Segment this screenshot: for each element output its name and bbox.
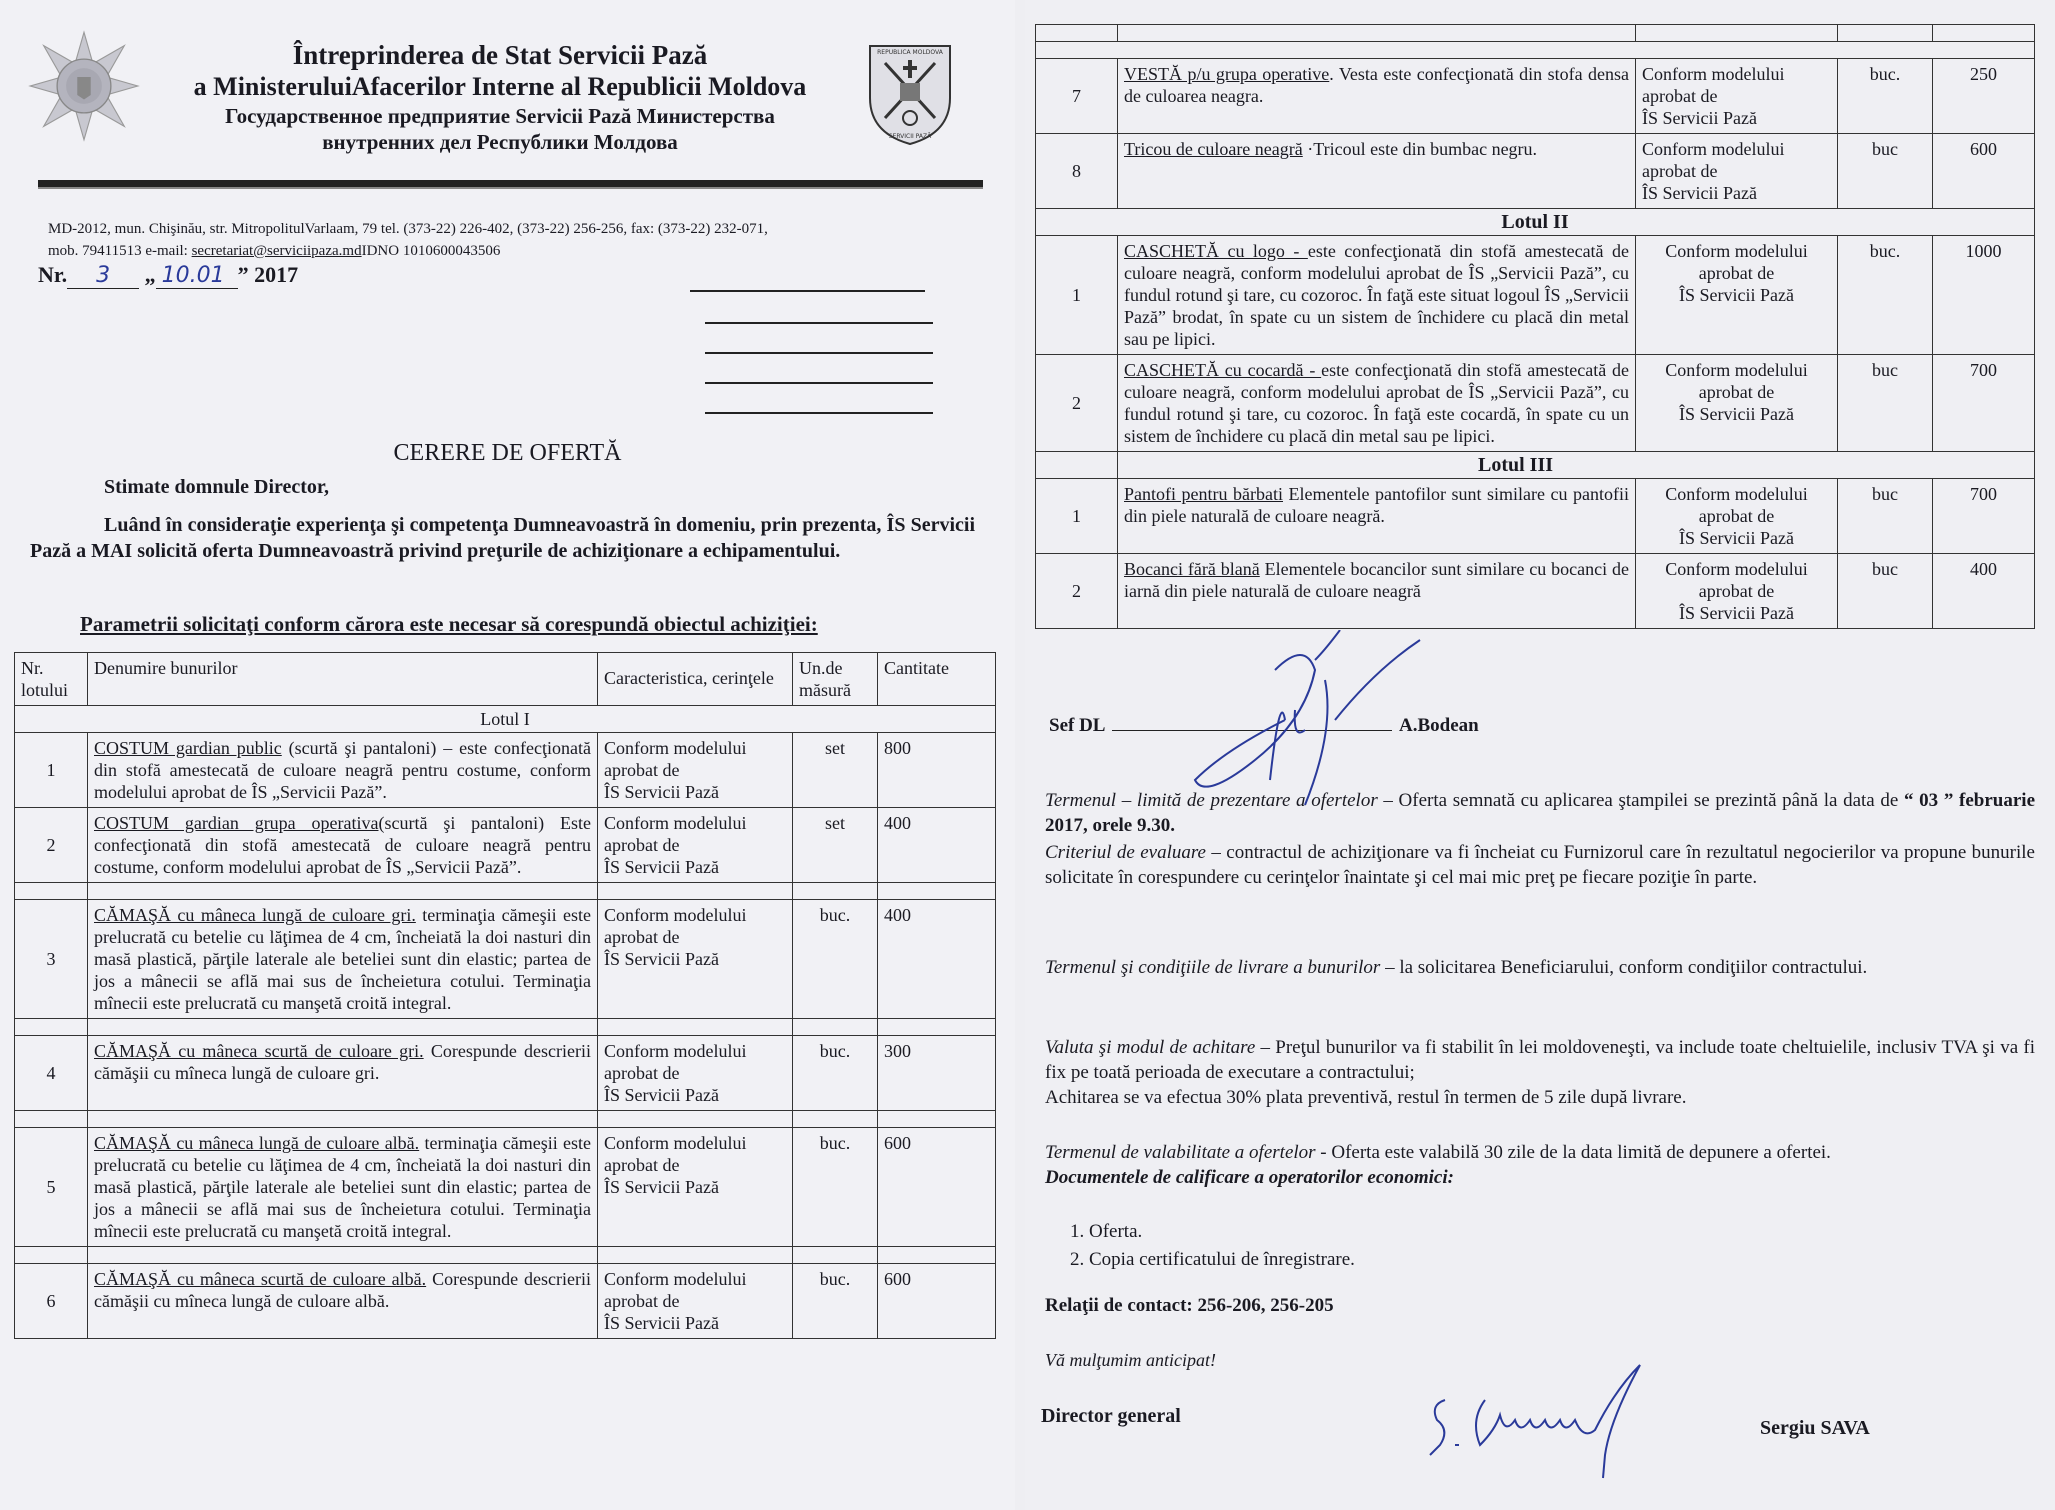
req-line: Conform modelului (1642, 138, 1831, 160)
validity-paragraph: Termenul de valabilitate a ofertelor - O… (1045, 1140, 2035, 1190)
recipient-line (705, 322, 933, 324)
item-title: CASCHETĂ cu cocardă - (1124, 360, 1321, 380)
item-description: CĂMAŞĂ cu mâneca lungă de culoare gri. t… (88, 900, 598, 1019)
dl-signoff: Sef DL A.Bodean (1049, 715, 1479, 737)
dl-role: Sef DL (1049, 715, 1105, 736)
req-line: ÎS Servicii Pază (604, 1084, 786, 1106)
item-title: CĂMAŞĂ cu mâneca scurtă de culoare gri. (94, 1041, 424, 1061)
payment-paragraph: Valuta şi modul de achitare – Preţul bun… (1045, 1035, 2035, 1110)
req-line: ÎS Servicii Pază (604, 781, 786, 803)
req-line: aprobat de (1642, 262, 1831, 284)
item-unit: buc. (793, 1264, 878, 1339)
item-description: Bocanci fără blană Elementele bocancilor… (1118, 554, 1636, 629)
params-heading: Parametrii solicitaţi conform cărora est… (80, 612, 818, 637)
req-line: aprobat de (604, 759, 786, 781)
dl-signature-line (1112, 730, 1392, 731)
open-quote: „ (145, 262, 156, 287)
table-row: 1CASCHETĂ cu logo - este confecţionată d… (1036, 236, 2035, 355)
documents-list: Oferta. Copia certificatului de înregist… (1065, 1218, 1355, 1274)
table-row: 1COSTUM gardian public (scurtă şi pantal… (15, 733, 996, 808)
director-name: Sergiu SAVA (1760, 1417, 1870, 1440)
item-unit: buc. (1838, 59, 1933, 134)
criteria-paragraph: Criteriul de evaluare – contractul de ac… (1045, 840, 2035, 890)
req-line: ÎS Servicii Pază (1642, 403, 1831, 425)
item-description: COSTUM gardian grupa operativa(scurtă şi… (88, 808, 598, 883)
item-quantity: 300 (878, 1036, 996, 1111)
item-requirements: Conform modeluluiaprobat deÎS Servicii P… (1636, 236, 1838, 355)
req-line: aprobat de (1642, 85, 1831, 107)
table-row: 1Pantofi pentru bărbati Elementele panto… (1036, 479, 2035, 554)
spacer-row (15, 1019, 996, 1036)
close-quote: ” (238, 262, 249, 287)
table-row: 2Bocanci fără blană Elementele bocancilo… (1036, 554, 2035, 629)
item-requirements: Conform modeluluiaprobat deÎS Servicii P… (598, 1264, 793, 1339)
item-title: Tricou de culoare neagră (1124, 139, 1303, 159)
item-number: 2 (15, 808, 88, 883)
item-number: 6 (15, 1264, 88, 1339)
email-link[interactable]: secretariat@serviciipaza.md (192, 243, 362, 259)
item-text: ·Tricoul este din bumbac negru. (1303, 139, 1537, 159)
header-name: Denumire bunurilor (88, 653, 598, 706)
contact-info: Relaţii de contact: 256-206, 256-205 (1045, 1295, 1334, 1317)
req-line: Conform modelului (1642, 63, 1831, 85)
item-unit: buc (1838, 554, 1933, 629)
item-title: CĂMAŞĂ cu mâneca lungă de culoare gri. (94, 905, 416, 925)
req-line: Conform modelului (1642, 558, 1831, 580)
table-row: 5CĂMAŞĂ cu mâneca lungă de culoare albă.… (15, 1128, 996, 1247)
header-nr: Nr. lotului (15, 653, 88, 706)
lot-2-row: Lotul II (1036, 209, 2035, 236)
item-title: CĂMAŞĂ cu mâneca scurtă de culoare albă. (94, 1269, 426, 1289)
item-quantity: 600 (878, 1264, 996, 1339)
table-row: 4CĂMAŞĂ cu mâneca scurtă de culoare gri.… (15, 1036, 996, 1111)
reference-number: Nr.3 „10.01” 2017 (38, 262, 298, 289)
header-unit: Un.de măsură (793, 653, 878, 706)
req-line: ÎS Servicii Pază (1642, 602, 1831, 624)
signature-sava-icon (1425, 1360, 1695, 1480)
item-description: Pantofi pentru bărbati Elementele pantof… (1118, 479, 1636, 554)
table-row: 3CĂMAŞĂ cu mâneca lungă de culoare gri. … (15, 900, 996, 1019)
item-description: CĂMAŞĂ cu mâneca scurtă de culoare albă.… (88, 1264, 598, 1339)
letterhead-line-1: Întreprinderea de Stat Servicii Pază (150, 40, 850, 71)
payment-label: Valuta şi modul de achitare (1045, 1037, 1255, 1058)
item-title: Bocanci fără blană (1124, 559, 1260, 579)
delivery-paragraph: Termenul şi condiţiile de livrare a bunu… (1045, 955, 2035, 980)
spacer-row (15, 883, 996, 900)
item-unit: buc (1838, 479, 1933, 554)
req-line: Conform modelului (604, 737, 786, 759)
director-role: Director general (1041, 1405, 1181, 1428)
item-description: CASCHETĂ cu logo - este confecţionată di… (1118, 236, 1636, 355)
item-quantity: 700 (1933, 355, 2035, 452)
idno: IDNO 1010600043506 (362, 243, 501, 259)
docs-label: Documentele de calificare a operatorilor… (1045, 1167, 1454, 1188)
item-number: 5 (15, 1128, 88, 1247)
item-number: 2 (1036, 554, 1118, 629)
handwritten-date: 10.01 (156, 263, 238, 289)
spacer-row (15, 1247, 996, 1264)
item-quantity: 700 (1933, 479, 2035, 554)
continued-header-row (1036, 25, 2035, 42)
greeting: Stimate domnule Director, (104, 476, 329, 499)
deadline-label: Termenul – limită de prezentare a oferte… (1045, 790, 1378, 811)
req-line: aprobat de (604, 834, 786, 856)
validity-label: Termenul de valabilitate a ofertelor (1045, 1142, 1316, 1163)
mobile-number: mob. 79411513 e-mail: (48, 243, 192, 259)
spacer-row (15, 1111, 996, 1128)
header-divider (38, 180, 983, 189)
table-row: 8Tricou de culoare neagră ·Tricoul este … (1036, 134, 2035, 209)
req-line: ÎS Servicii Pază (1642, 284, 1831, 306)
criteria-label: Criteriul de evaluare (1045, 842, 1206, 863)
req-line: Conform modelului (1642, 483, 1831, 505)
document-title: CERERE DE OFERTĂ (0, 440, 1015, 467)
item-requirements: Conform modeluluiaprobat deÎS Servicii P… (1636, 554, 1838, 629)
item-unit: set (793, 733, 878, 808)
address-block: MD-2012, mun. Chişinău, str. Mitropolitu… (48, 218, 978, 262)
req-line: Conform modelului (604, 812, 786, 834)
recipient-line (690, 290, 925, 292)
documents-list-item: Oferta. (1089, 1218, 1355, 1246)
item-unit: set (793, 808, 878, 883)
table-row: 2CASCHETĂ cu cocardă - este confecţionat… (1036, 355, 2035, 452)
item-requirements: Conform modeluluiaprobat deÎS Servicii P… (598, 808, 793, 883)
letterhead-line-3: Государственное предприятие Servicii Paz… (150, 104, 850, 129)
req-line: Conform modelului (604, 1268, 786, 1290)
item-number: 1 (15, 733, 88, 808)
svg-text:REPUBLICA MOLDOVA: REPUBLICA MOLDOVA (877, 49, 944, 56)
letterhead-line-4: внутренних дел Республики Молдова (150, 130, 850, 155)
lot-3-row: Lotul III (1036, 452, 2035, 479)
table-row: 7VESTĂ p/u grupa operative. Vesta este c… (1036, 59, 2035, 134)
table-row: 2COSTUM gardian grupa operativa(scurtă ş… (15, 808, 996, 883)
item-unit: buc (1838, 134, 1933, 209)
req-line: aprobat de (604, 1290, 786, 1312)
item-title: COSTUM gardian grupa operativa (94, 813, 379, 833)
req-line: Conform modelului (1642, 359, 1831, 381)
item-requirements: Conform modeluluiaprobat deÎS Servicii P… (1636, 479, 1838, 554)
req-line: Conform modelului (604, 1040, 786, 1062)
req-line: aprobat de (1642, 580, 1831, 602)
item-requirements: Conform modeluluiaprobat deÎS Servicii P… (598, 1036, 793, 1111)
item-quantity: 400 (1933, 554, 2035, 629)
address-line: MD-2012, mun. Chişinău, str. Mitropolitu… (48, 218, 978, 240)
item-unit: buc. (793, 1036, 878, 1111)
item-number: 1 (1036, 479, 1118, 554)
req-line: aprobat de (1642, 505, 1831, 527)
req-line: ÎS Servicii Pază (1642, 182, 1831, 204)
deadline-paragraph: Termenul – limită de prezentare a oferte… (1045, 788, 2035, 838)
req-line: aprobat de (604, 1062, 786, 1084)
item-unit: buc. (1838, 236, 1933, 355)
delivery-text: – la solicitarea Beneficiarului, conform… (1380, 957, 1867, 978)
item-number: 1 (1036, 236, 1118, 355)
lot-1-label: Lotul I (15, 706, 996, 733)
req-line: ÎS Servicii Pază (604, 1312, 786, 1334)
table-row: 6CĂMAŞĂ cu mâneca scurtă de culoare albă… (15, 1264, 996, 1339)
item-requirements: Conform modeluluiaprobat deÎS Servicii P… (598, 1128, 793, 1247)
documents-list-item: Copia certificatului de înregistrare. (1089, 1246, 1355, 1274)
item-quantity: 600 (878, 1128, 996, 1247)
items-table-left: Nr. lotului Denumire bunurilor Caracteri… (14, 652, 996, 1339)
year: 2017 (254, 262, 298, 287)
req-line: aprobat de (604, 926, 786, 948)
item-number: 2 (1036, 355, 1118, 452)
payment-text-2: Achitarea se va efectua 30% plata preven… (1045, 1087, 1686, 1108)
header-qty: Cantitate (878, 653, 996, 706)
item-description: COSTUM gardian public (scurtă şi pantalo… (88, 733, 598, 808)
item-title: CASCHETĂ cu logo - (1124, 241, 1308, 261)
item-number: 8 (1036, 134, 1118, 209)
req-line: ÎS Servicii Pază (1642, 107, 1831, 129)
req-line: Conform modelului (1642, 240, 1831, 262)
item-requirements: Conform modeluluiaprobat deÎS Servicii P… (598, 733, 793, 808)
item-unit: buc. (793, 900, 878, 1019)
validity-text: - Oferta este valabilă 30 zile de la dat… (1316, 1142, 1831, 1163)
nr-label: Nr. (38, 262, 67, 287)
item-description: CASCHETĂ cu cocardă - este confecţionată… (1118, 355, 1636, 452)
item-title: VESTĂ p/u grupa operative (1124, 64, 1329, 84)
req-line: ÎS Servicii Pază (604, 1176, 786, 1198)
deadline-text: – Oferta semnată cu aplicarea ştampilei … (1378, 790, 1904, 811)
coat-of-arms-shield-icon: REPUBLICA MOLDOVA SERVICII PAZĂ (865, 38, 955, 148)
req-line: aprobat de (1642, 160, 1831, 182)
contact-line: mob. 79411513 e-mail: secretariat@servic… (48, 240, 978, 262)
thanks-note: Vă mulţumim anticipat! (1045, 1350, 1216, 1371)
item-requirements: Conform modeluluiaprobat deÎS Servicii P… (1636, 59, 1838, 134)
dl-name: A.Bodean (1399, 715, 1479, 736)
letterhead: Întreprinderea de Stat Servicii Pază a M… (0, 0, 1015, 200)
req-line: ÎS Servicii Pază (604, 948, 786, 970)
item-number: 3 (15, 900, 88, 1019)
star-emblem-icon (28, 30, 140, 142)
lot-2-label: Lotul II (1036, 209, 2035, 236)
item-title: Pantofi pentru bărbati (1124, 484, 1283, 504)
right-page: 7VESTĂ p/u grupa operative. Vesta este c… (1025, 0, 2055, 1510)
item-requirements: Conform modeluluiaprobat deÎS Servicii P… (598, 900, 793, 1019)
item-quantity: 600 (1933, 134, 2035, 209)
item-title: CĂMAŞĂ cu mâneca lungă de culoare albă. (94, 1133, 419, 1153)
item-number: 4 (15, 1036, 88, 1111)
item-description: CĂMAŞĂ cu mâneca scurtă de culoare gri. … (88, 1036, 598, 1111)
lot-3-label: Lotul III (1118, 452, 2035, 479)
intro-paragraph: Luând în consideraţie experienţa şi comp… (30, 512, 975, 564)
recipient-line (705, 412, 933, 414)
req-line: aprobat de (1642, 381, 1831, 403)
item-title: COSTUM gardian public (94, 738, 282, 758)
item-quantity: 250 (1933, 59, 2035, 134)
recipient-line (705, 382, 933, 384)
table-header-row: Nr. lotului Denumire bunurilor Caracteri… (15, 653, 996, 706)
continued-spacer-row (1036, 42, 2035, 59)
item-quantity: 400 (878, 808, 996, 883)
req-line: Conform modelului (604, 1132, 786, 1154)
header-char: Caracteristica, cerinţele (598, 653, 793, 706)
req-line: aprobat de (604, 1154, 786, 1176)
item-description: Tricou de culoare neagră ·Tricoul este d… (1118, 134, 1636, 209)
recipient-line (705, 352, 933, 354)
left-page: Întreprinderea de Stat Servicii Pază a M… (0, 0, 1015, 1510)
item-requirements: Conform modeluluiaprobat deÎS Servicii P… (1636, 134, 1838, 209)
letterhead-line-2: a MinisteruluiAfacerilor Interne al Repu… (150, 72, 850, 102)
item-quantity: 800 (878, 733, 996, 808)
item-description: VESTĂ p/u grupa operative. Vesta este co… (1118, 59, 1636, 134)
item-quantity: 1000 (1933, 236, 2035, 355)
item-number: 7 (1036, 59, 1118, 134)
req-line: Conform modelului (604, 904, 786, 926)
item-description: CĂMAŞĂ cu mâneca lungă de culoare albă. … (88, 1128, 598, 1247)
item-unit: buc (1838, 355, 1933, 452)
req-line: ÎS Servicii Pază (604, 856, 786, 878)
lot-1-row: Lotul I (15, 706, 996, 733)
item-requirements: Conform modeluluiaprobat deÎS Servicii P… (1636, 355, 1838, 452)
item-quantity: 400 (878, 900, 996, 1019)
req-line: ÎS Servicii Pază (1642, 527, 1831, 549)
items-table-right: 7VESTĂ p/u grupa operative. Vesta este c… (1035, 24, 2035, 629)
handwritten-number: 3 (67, 263, 139, 289)
item-unit: buc. (793, 1128, 878, 1247)
delivery-label: Termenul şi condiţiile de livrare a bunu… (1045, 957, 1380, 978)
svg-text:SERVICII PAZĂ: SERVICII PAZĂ (889, 133, 932, 140)
